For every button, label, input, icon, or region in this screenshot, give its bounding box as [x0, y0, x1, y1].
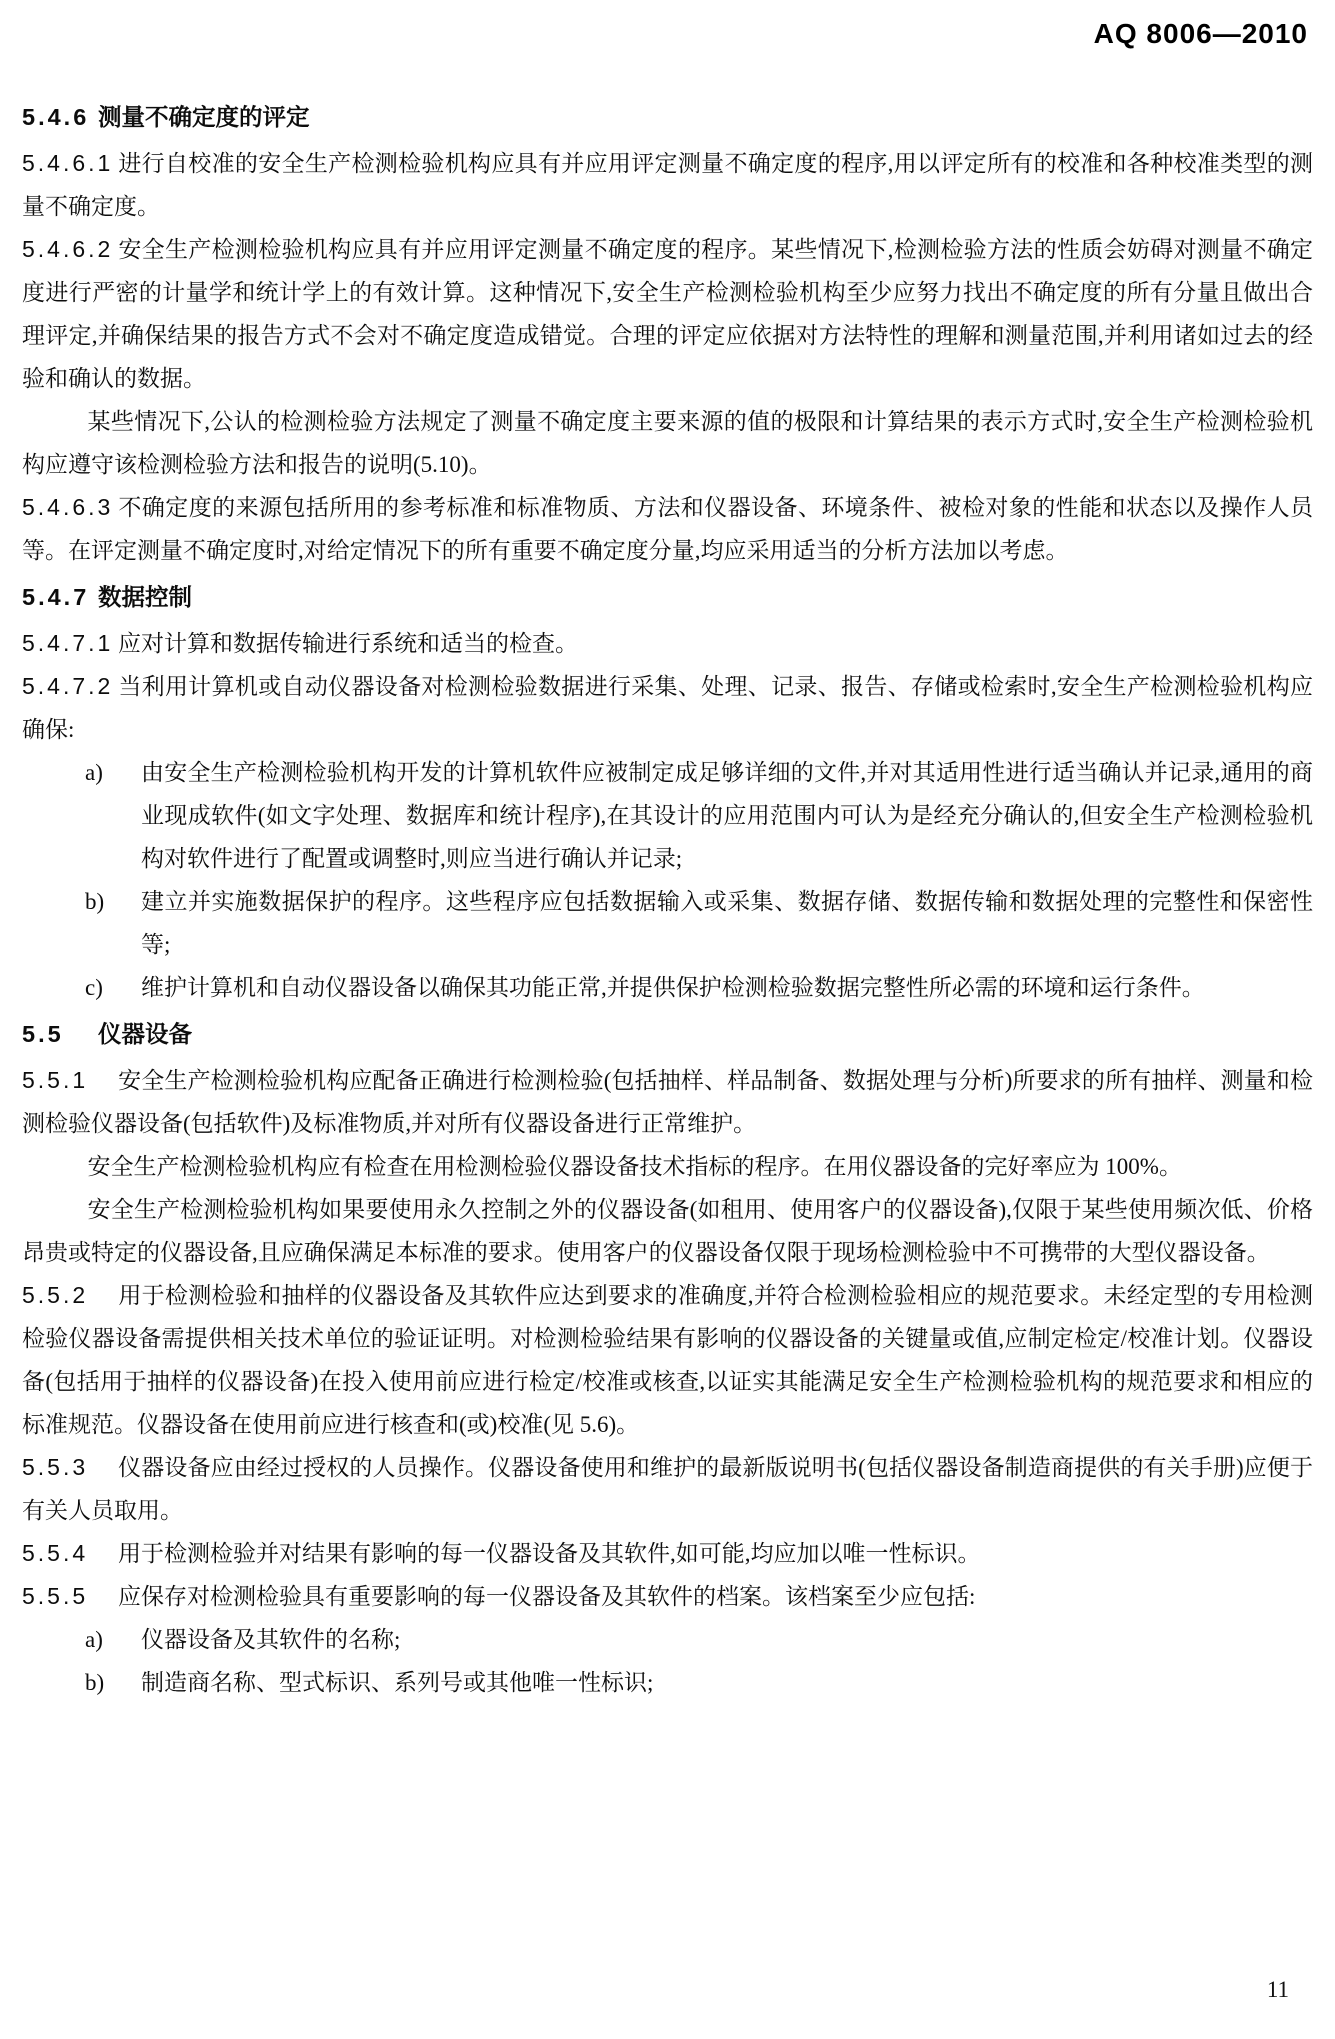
clause-paragraph: 5.5.5应保存对检测检验具有重要影响的每一仪器设备及其软件的档案。该档案至少应… [22, 1575, 1313, 1618]
clause-text: 应对计算和数据传输进行系统和适当的检查。 [118, 631, 578, 656]
clause-number: 5.5.3 [22, 1446, 118, 1489]
list-item-text: 维护计算机和自动仪器设备以确保其功能正常,并提供保护检测检验数据完整性所必需的环… [141, 966, 1313, 1009]
indent-paragraph: 安全生产检测检验机构应有检查在用检测检验仪器设备技术指标的程序。在用仪器设备的完… [22, 1145, 1313, 1188]
clause-number: 5.4.6.3 [22, 486, 118, 529]
list-item: a)仪器设备及其软件的名称; [22, 1618, 1313, 1661]
clause-paragraph: 5.4.7.2当利用计算机或自动仪器设备对检测检验数据进行采集、处理、记录、报告… [22, 665, 1313, 751]
list-item-text: 制造商名称、型式标识、系列号或其他唯一性标识; [141, 1661, 1313, 1704]
list-item-text: 建立并实施数据保护的程序。这些程序应包括数据输入或采集、数据存储、数据传输和数据… [141, 880, 1313, 966]
list-item-marker: b) [85, 880, 141, 966]
list-item-marker: c) [85, 966, 141, 1009]
section-title: 仪器设备 [98, 1021, 192, 1047]
clause-paragraph: 5.5.2用于检测检验和抽样的仪器设备及其软件应达到要求的准确度,并符合检测检验… [22, 1274, 1313, 1446]
clause-number: 5.5.2 [22, 1274, 118, 1317]
clause-text: 用于检测检验并对结果有影响的每一仪器设备及其软件,如可能,均应加以唯一性标识。 [118, 1541, 981, 1566]
section-heading: 5.4.6测量不确定度的评定 [22, 96, 1313, 139]
clause-text: 当利用计算机或自动仪器设备对检测检验数据进行采集、处理、记录、报告、存储或检索时… [22, 674, 1313, 742]
content: 5.4.6测量不确定度的评定5.4.6.1进行自校准的安全生产检测检验机构应具有… [22, 92, 1313, 1704]
clause-paragraph: 5.4.7.1应对计算和数据传输进行系统和适当的检查。 [22, 622, 1313, 665]
clause-text: 应保存对检测检验具有重要影响的每一仪器设备及其软件的档案。该档案至少应包括: [118, 1584, 975, 1609]
section-heading: 5.5仪器设备 [22, 1013, 1313, 1056]
clause-number: 5.5.4 [22, 1532, 118, 1575]
clause-text: 进行自校准的安全生产检测检验机构应具有并应用评定测量不确定度的程序,用以评定所有… [22, 151, 1313, 219]
clause-paragraph: 5.5.4用于检测检验并对结果有影响的每一仪器设备及其软件,如可能,均应加以唯一… [22, 1532, 1313, 1575]
clause-number: 5.4.7.1 [22, 622, 118, 665]
section-title: 数据控制 [98, 584, 192, 610]
indent-paragraph: 某些情况下,公认的检测检验方法规定了测量不确定度主要来源的值的极限和计算结果的表… [22, 400, 1313, 486]
indent-paragraph: 安全生产检测检验机构如果要使用永久控制之外的仪器设备(如租用、使用客户的仪器设备… [22, 1188, 1313, 1274]
clause-text: 用于检测检验和抽样的仪器设备及其软件应达到要求的准确度,并符合检测检验相应的规范… [22, 1283, 1313, 1437]
section-title: 测量不确定度的评定 [98, 104, 310, 130]
list-item: b)制造商名称、型式标识、系列号或其他唯一性标识; [22, 1661, 1313, 1704]
list-item: a)由安全生产检测检验机构开发的计算机软件应被制定成足够详细的文件,并对其适用性… [22, 751, 1313, 880]
clause-text: 安全生产检测检验机构应配备正确进行检测检验(包括抽样、样品制备、数据处理与分析)… [22, 1068, 1313, 1136]
document-page: AQ 8006—2010 5.4.6测量不确定度的评定5.4.6.1进行自校准的… [0, 0, 1335, 2039]
list-item-marker: a) [85, 1618, 141, 1661]
clause-paragraph: 5.5.1安全生产检测检验机构应配备正确进行检测检验(包括抽样、样品制备、数据处… [22, 1059, 1313, 1145]
list-item-text: 由安全生产检测检验机构开发的计算机软件应被制定成足够详细的文件,并对其适用性进行… [141, 751, 1313, 880]
section-number: 5.4.7 [22, 576, 98, 619]
clause-paragraph: 5.4.6.2安全生产检测检验机构应具有并应用评定测量不确定度的程序。某些情况下… [22, 228, 1313, 400]
clause-paragraph: 5.5.3仪器设备应由经过授权的人员操作。仪器设备使用和维护的最新版说明书(包括… [22, 1446, 1313, 1532]
clause-number: 5.5.1 [22, 1059, 118, 1102]
standard-number-header: AQ 8006—2010 [1094, 18, 1308, 50]
list-item-marker: a) [85, 751, 141, 880]
list-item: b)建立并实施数据保护的程序。这些程序应包括数据输入或采集、数据存储、数据传输和… [22, 880, 1313, 966]
clause-number: 5.4.7.2 [22, 665, 118, 708]
clause-number: 5.5.5 [22, 1575, 118, 1618]
clause-text: 仪器设备应由经过授权的人员操作。仪器设备使用和维护的最新版说明书(包括仪器设备制… [22, 1455, 1313, 1523]
list-item: c)维护计算机和自动仪器设备以确保其功能正常,并提供保护检测检验数据完整性所必需… [22, 966, 1313, 1009]
list-item-text: 仪器设备及其软件的名称; [141, 1618, 1313, 1661]
section-heading: 5.4.7数据控制 [22, 576, 1313, 619]
clause-paragraph: 5.4.6.1进行自校准的安全生产检测检验机构应具有并应用评定测量不确定度的程序… [22, 142, 1313, 228]
clause-text: 不确定度的来源包括所用的参考标准和标准物质、方法和仪器设备、环境条件、被检对象的… [22, 495, 1313, 563]
clause-number: 5.4.6.2 [22, 228, 118, 271]
list-item-marker: b) [85, 1661, 141, 1704]
clause-number: 5.4.6.1 [22, 142, 118, 185]
page-number: 11 [1267, 1977, 1289, 2003]
section-number: 5.5 [22, 1013, 98, 1056]
clause-text: 安全生产检测检验机构应具有并应用评定测量不确定度的程序。某些情况下,检测检验方法… [22, 237, 1313, 391]
section-number: 5.4.6 [22, 96, 98, 139]
clause-paragraph: 5.4.6.3不确定度的来源包括所用的参考标准和标准物质、方法和仪器设备、环境条… [22, 486, 1313, 572]
